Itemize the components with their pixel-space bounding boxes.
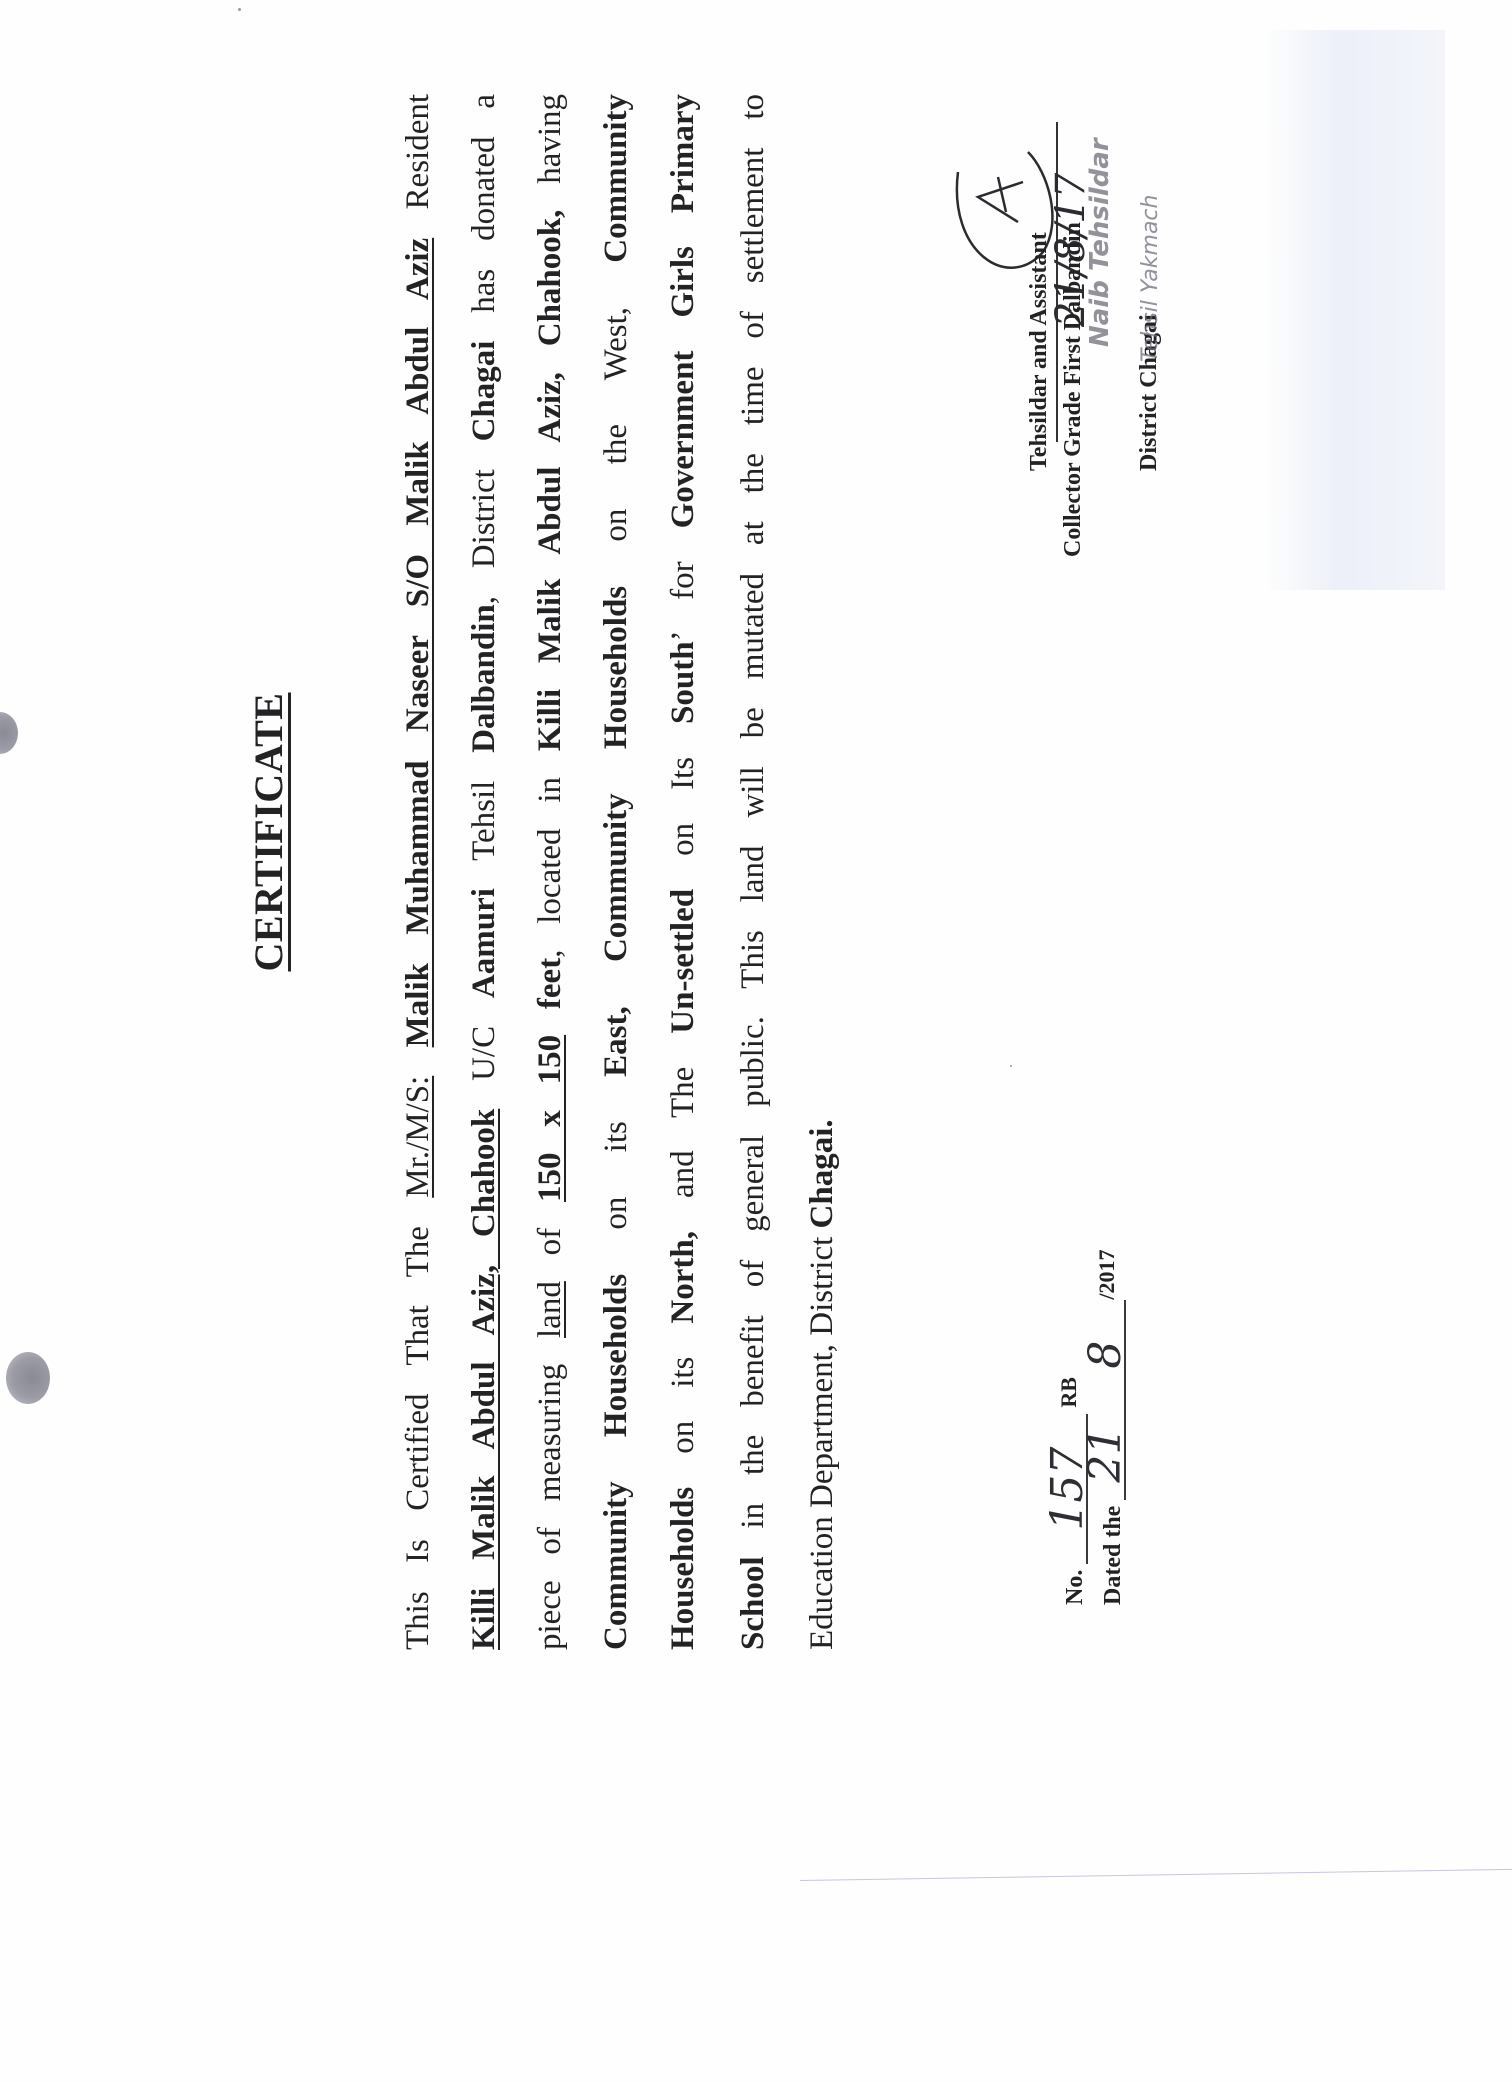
text-segment: 150 x 150 — [532, 1035, 568, 1202]
text-segment: East, Community Households — [598, 586, 634, 1077]
no-label: No. — [1062, 1570, 1088, 1605]
text-segment: Education Department, District — [804, 1228, 840, 1650]
body-line: Killi Malik Abdul Aziz, Chahook U/C Aamu… — [464, 94, 504, 1650]
body-line: This Is Certified That The Mr./M/S: Mali… — [398, 94, 438, 1650]
text-segment: on its — [665, 1324, 701, 1487]
text-segment: Malik Muhammad Naseer S/O Malik Abdul Az… — [400, 238, 436, 1048]
text-segment: Community Households — [598, 1274, 634, 1650]
text-segment: Dalbandin — [466, 604, 502, 753]
text-segment: having — [532, 94, 568, 210]
stamp-tehsil: Tehsil Yakmach — [1138, 195, 1163, 362]
dated-label: Dated the — [1100, 1506, 1126, 1605]
handwritten-month: 8 — [1088, 1300, 1126, 1410]
text-segment: Mr./M/S: — [400, 1076, 436, 1198]
certificate-document: CERTIFICATE This Is Certified That The M… — [0, 0, 1512, 2082]
text-segment: land — [532, 1281, 568, 1338]
body-line: piece of measuring land of 150 x 150 fee… — [530, 94, 570, 1650]
text-segment: This Is Certified That The — [400, 1198, 436, 1650]
text-segment: Tehsil — [466, 753, 502, 888]
text-segment: of — [532, 1202, 568, 1281]
text-segment: Households — [665, 1487, 701, 1650]
no-suffix: RB — [1056, 1377, 1081, 1408]
text-segment: School — [735, 1556, 771, 1650]
text-segment: feet — [532, 958, 568, 1035]
text-segment: in the benefit of general public. This l… — [735, 94, 771, 1556]
text-segment: Chagai. — [804, 1119, 840, 1228]
dated-line: Dated the 218/2017 — [1088, 1250, 1127, 1605]
body-line: Households on its North, and The Un-sett… — [663, 94, 703, 1650]
dated-year: /2017 — [1094, 1250, 1119, 1300]
text-segment: Community — [598, 94, 634, 263]
text-segment: has donated a — [466, 94, 502, 341]
text-segment: ’ for — [665, 528, 701, 641]
text-segment: Government Girls Primary — [665, 94, 701, 528]
reference-number: No. 157 RB — [1050, 1377, 1089, 1605]
text-segment: Un-settled — [665, 889, 701, 1034]
document-title: CERTIFICATE — [245, 682, 292, 982]
handwritten-day: 21 — [1088, 1410, 1126, 1500]
scanned-page: CERTIFICATE This Is Certified That The M… — [0, 0, 1512, 2082]
text-segment: on its — [598, 1077, 634, 1274]
body-line: School in the benefit of general public.… — [733, 94, 773, 1650]
text-segment: piece of measuring — [532, 1338, 568, 1650]
text-segment: , District — [466, 441, 502, 604]
text-segment: Killi Malik Abdul Aziz, Chahook, — [532, 210, 568, 752]
text-segment: , located in — [532, 751, 568, 958]
text-segment: on Its — [665, 724, 701, 889]
text-segment: North, — [665, 1231, 701, 1324]
text-segment: Aamuri — [466, 888, 502, 998]
text-segment: on the West, — [598, 263, 634, 586]
stamp-title: Naib Tehsildar — [1085, 138, 1115, 347]
text-segment: South — [665, 641, 701, 724]
signatory-designation: Collector Grade First Dalbandin — [1060, 222, 1087, 557]
text-segment — [400, 1047, 436, 1075]
text-segment: Resident — [400, 94, 436, 238]
text-segment: Killi Malik Abdul Aziz, Chahook — [466, 1109, 502, 1650]
text-segment: U/C — [466, 998, 502, 1109]
body-line: Education Department, District Chagai. — [802, 1119, 842, 1650]
body-line: Community Households on its East, Commun… — [596, 94, 636, 1650]
text-segment: and The — [665, 1034, 701, 1231]
text-segment: Chagai — [466, 341, 502, 442]
